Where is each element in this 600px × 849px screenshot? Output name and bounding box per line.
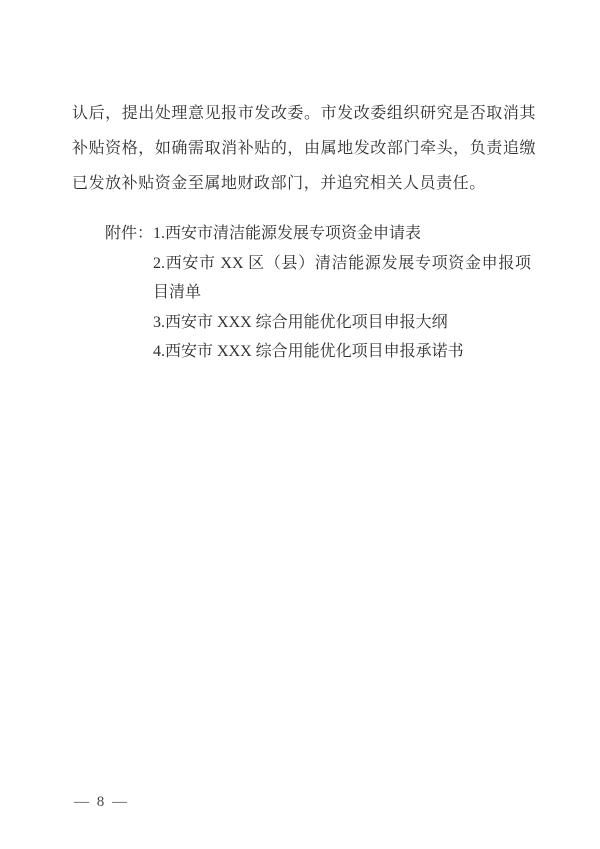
document-page: 认后，提出处理意见报市发改委。市发改委组织研究是否取消其补贴资格，如确需取消补贴… [0,0,600,849]
page-number: — 8 — [74,793,129,811]
attachments-list: 1.西安市清洁能源发展专项资金申请表 2.西安市 XX 区（县）清洁能源发展专项… [153,219,531,367]
attachment-item-2: 2.西安市 XX 区（县）清洁能源发展专项资金申报项目清单 [153,249,531,308]
attachments-block: 附件： 1.西安市清洁能源发展专项资金申请表 2.西安市 XX 区（县）清洁能源… [105,219,531,367]
body-paragraph: 认后，提出处理意见报市发改委。市发改委组织研究是否取消其补贴资格，如确需取消补贴… [72,96,536,201]
attachment-item-3: 3.西安市 XXX 综合用能优化项目申报大纲 [153,308,531,338]
attachment-item-1: 1.西安市清洁能源发展专项资金申请表 [153,219,531,249]
attachment-item-4: 4.西安市 XXX 综合用能优化项目申报承诺书 [153,337,531,367]
attachments-label: 附件： [105,219,153,249]
